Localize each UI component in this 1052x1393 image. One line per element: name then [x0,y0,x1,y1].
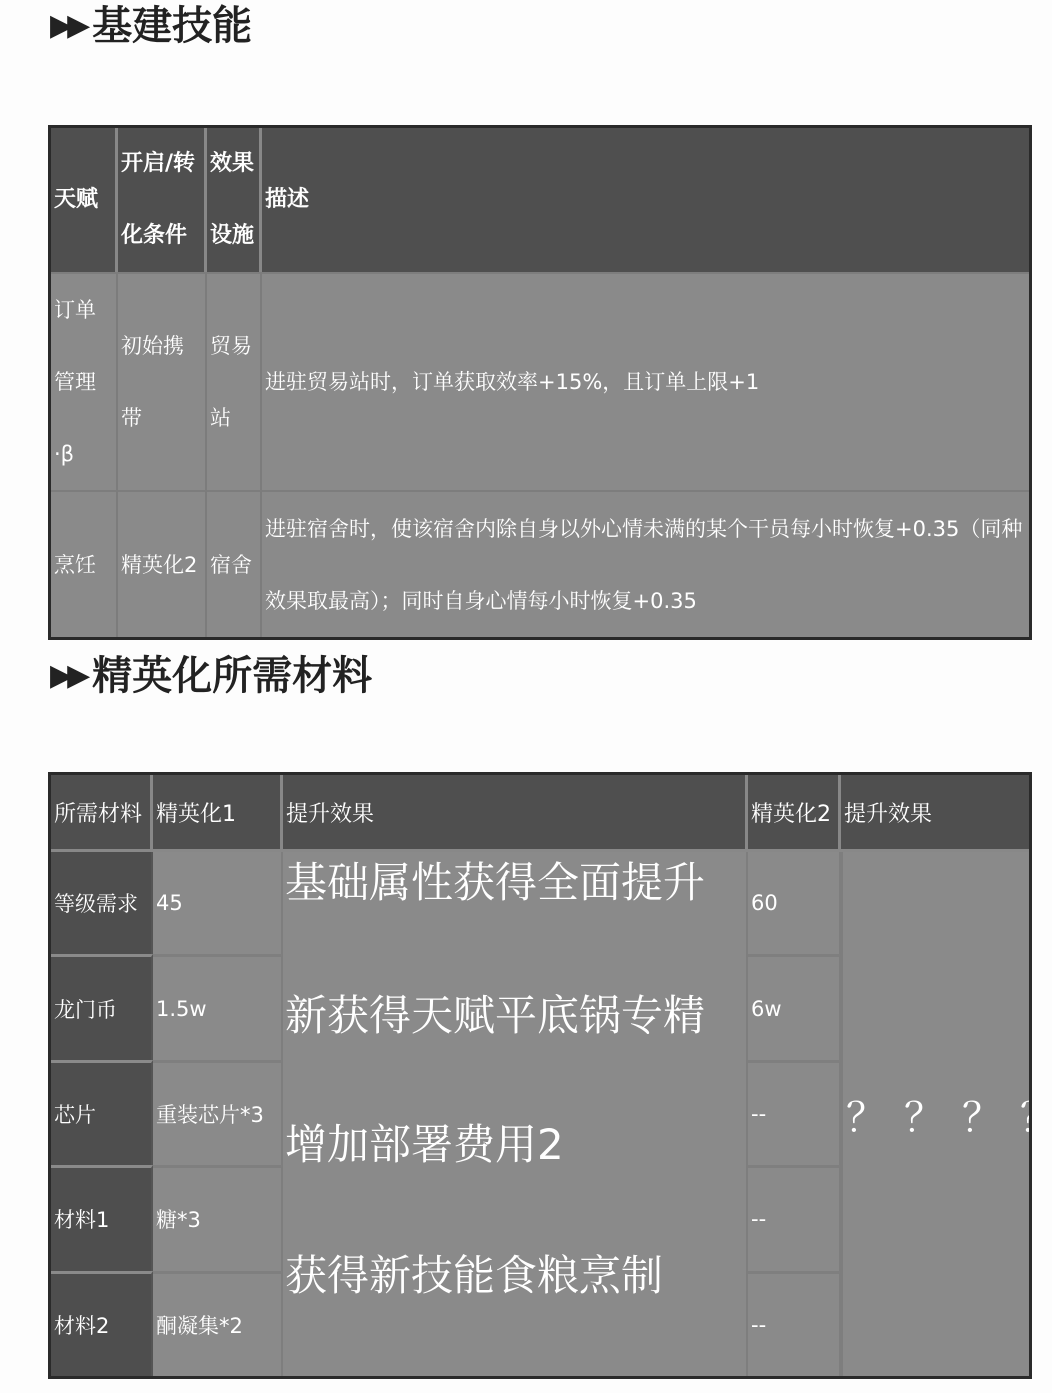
section-title-text: 精英化所需材料 [92,656,372,696]
table-header-row: 所需材料 精英化1 提升效果 精英化2 提升效果 [51,775,1029,852]
table-row: 烹饪 精英化2 宿舍 进驻宿舍时，使该宿舍内除自身以外心情未满的某个干员每小时恢… [51,490,1029,637]
cell-elite1: 1.5w [153,954,283,1059]
effects-list: 基础属性获得全面提升 新获得天赋平底锅专精 增加部署费用2 获得新技能食粮烹制 [283,852,746,1376]
cell-condition: 精英化2 [118,490,207,637]
table-header-row: 天赋 开启/转化条件 效果设施 描述 [51,128,1029,272]
cell-material: 芯片 [51,1060,153,1165]
cell-talent: 订单管理·β [51,272,118,490]
section-title-text: 基建技能 [92,6,252,46]
cell-elite1: 酮凝集*2 [153,1271,283,1376]
effect-item: 基础属性获得全面提升 [285,852,746,983]
cell-material: 等级需求 [51,852,153,954]
infrastructure-skills-table: 天赋 开启/转化条件 效果设施 描述 订单管理·β 初始携带 贸易站 进驻贸易站… [48,125,1032,640]
elite-materials-table: 所需材料 精英化1 提升效果 精英化2 提升效果 等级需求 45 基础属性获得全… [48,772,1032,1379]
cell-description: 进驻宿舍时，使该宿舍内除自身以外心情未满的某个干员每小时恢复+0.35（同种效果… [262,490,1029,637]
effect-item: 新获得天赋平底锅专精 [285,983,746,1114]
header-condition: 开启/转化条件 [118,128,207,272]
effect-item: 获得新技能食粮烹制 [285,1245,746,1376]
header-elite1: 精英化1 [153,775,283,852]
header-description: 描述 [262,128,1029,272]
double-arrow-icon: ▶▶ [50,661,84,691]
cell-elite2: -- [748,1165,841,1270]
header-effect1: 提升效果 [283,775,748,852]
section-title-elite-materials: ▶▶ 精英化所需材料 [50,656,372,696]
header-elite2: 精英化2 [748,775,841,852]
cell-description: 进驻贸易站时，订单获取效率+15%，且订单上限+1 [262,272,1029,490]
cell-elite2: 6w [748,954,841,1059]
cell-elite2: -- [748,1060,841,1165]
cell-material: 材料2 [51,1271,153,1376]
double-arrow-icon: ▶▶ [50,11,84,41]
cell-facility: 贸易站 [207,272,262,490]
cell-facility: 宿舍 [207,490,262,637]
header-facility: 效果设施 [207,128,262,272]
header-effect2: 提升效果 [841,775,1029,852]
effect-item: 增加部署费用2 [285,1114,746,1245]
table-row: 订单管理·β 初始携带 贸易站 进驻贸易站时，订单获取效率+15%，且订单上限+… [51,272,1029,490]
cell-elite2: 60 [748,852,841,954]
header-material: 所需材料 [51,775,153,852]
cell-elite1: 重装芯片*3 [153,1060,283,1165]
cell-effects-elite2: ？？？？ [841,852,1029,1376]
cell-condition: 初始携带 [118,272,207,490]
section-title-infrastructure-skills: ▶▶ 基建技能 [50,6,252,46]
cell-material: 材料1 [51,1165,153,1270]
cell-material: 龙门币 [51,954,153,1059]
cell-talent: 烹饪 [51,490,118,637]
cell-elite2: -- [748,1271,841,1376]
cell-effects-elite1: 基础属性获得全面提升 新获得天赋平底锅专精 增加部署费用2 获得新技能食粮烹制 [283,852,748,1376]
header-talent: 天赋 [51,128,118,272]
cell-elite1: 糖*3 [153,1165,283,1270]
cell-elite1: 45 [153,852,283,954]
table-row: 等级需求 45 基础属性获得全面提升 新获得天赋平底锅专精 增加部署费用2 获得… [51,852,1029,954]
